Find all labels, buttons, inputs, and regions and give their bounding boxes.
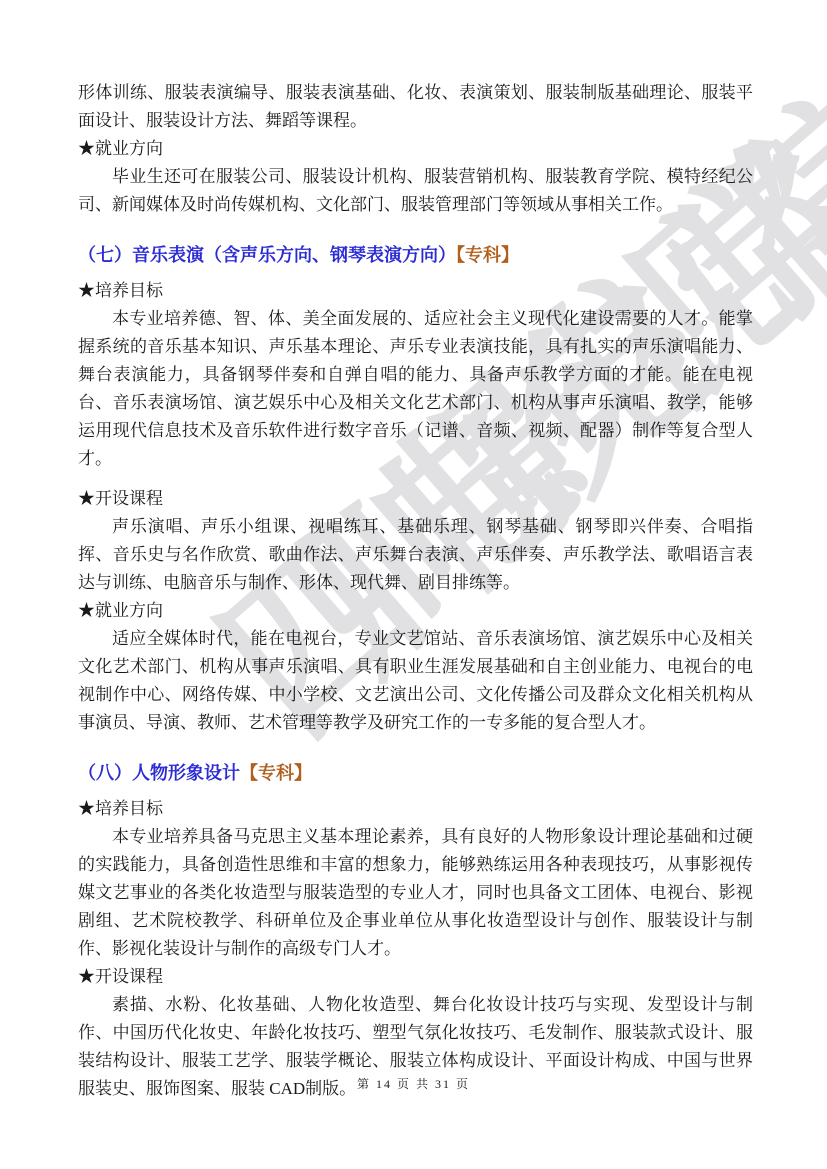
section-8-heading: （八）人物形象设计【专科】: [78, 758, 753, 788]
section-8-paragraph-training-goal: 本专业培养具备马克思主义基本理论素养，具有良好的人物形象设计理论基础和过硬的实践…: [78, 823, 753, 963]
page-content: 形体训练、服装表演编导、服装表演基础、化妆、表演策划、服装制版基础理论、服装平面…: [78, 79, 753, 1103]
section-7-label-courses: ★开设课程: [78, 485, 753, 513]
document-page: 四川电影电视学院 形体训练、服装表演编导、服装表演基础、化妆、表演策划、服装制版…: [0, 0, 827, 1169]
section-8-level-tag: 【专科】: [240, 763, 312, 783]
paragraph-jobs-continued: 毕业生还可在服装公司、服装设计机构、服装营销机构、服装教育学院、模特经纪公司、新…: [78, 163, 753, 219]
section-7-paragraph-jobs-direction: 适应全媒体时代，能在电视台，专业文艺馆站、音乐表演场馆、演艺娱乐中心及相关文化艺…: [78, 625, 753, 737]
paragraph-courses-continued: 形体训练、服装表演编导、服装表演基础、化妆、表演策划、服装制版基础理论、服装平面…: [78, 79, 753, 135]
section-7-title: （七）音乐表演（含声乐方向、钢琴表演方向）: [78, 245, 456, 265]
section-8-title: （八）人物形象设计: [78, 763, 240, 783]
section-8-label-training-goal: ★培养目标: [78, 795, 753, 823]
section-7-paragraph-training-goal: 本专业培养德、智、体、美全面发展的、适应社会主义现代化建设需要的人才。能掌握系统…: [78, 305, 753, 473]
section-7-label-jobs-direction: ★就业方向: [78, 597, 753, 625]
label-jobs-direction: ★就业方向: [78, 135, 753, 163]
section-7-paragraph-courses: 声乐演唱、声乐小组课、视唱练耳、基础乐理、钢琴基础、钢琴即兴伴奏、合唱指挥、音乐…: [78, 513, 753, 597]
section-7-heading: （七）音乐表演（含声乐方向、钢琴表演方向）【专科】: [78, 240, 753, 270]
section-7-level-tag: 【专科】: [456, 245, 519, 265]
section-7-label-training-goal: ★培养目标: [78, 277, 753, 305]
section-8-label-courses: ★开设课程: [78, 963, 753, 991]
page-number-footer: 第 14 页 共 31 页: [0, 1074, 827, 1094]
